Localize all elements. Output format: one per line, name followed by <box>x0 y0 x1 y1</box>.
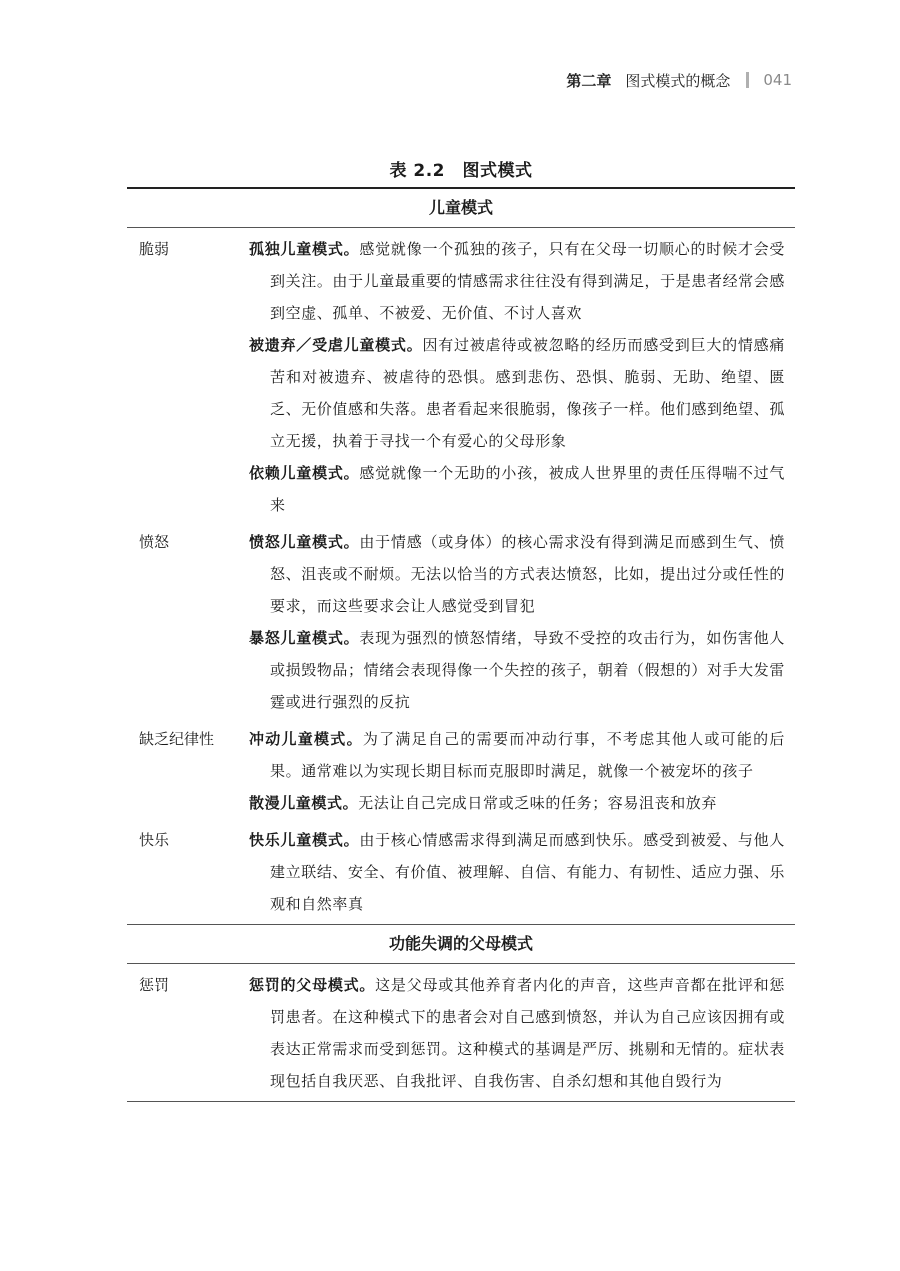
category-label: 缺乏纪律性 <box>127 723 249 819</box>
table-bottom-rule <box>127 1101 795 1102</box>
mode-entry: 暴怒儿童模式。表现为强烈的愤怒情绪，导致不受控的攻击行为，如伤害他人或损毁物品；… <box>249 622 785 718</box>
mode-entry: 惩罚的父母模式。这是父母或其他养育者内化的声音，这些声音都在批评和惩罚患者。在这… <box>249 969 785 1097</box>
table-row: 快乐 快乐儿童模式。由于核心情感需求得到满足而感到快乐。感受到被爱、与他人建立联… <box>127 819 795 924</box>
mode-entry: 冲动儿童模式。为了满足自己的需要而冲动行事，不考虑其他人或可能的后果。通常难以为… <box>249 723 785 787</box>
category-label: 脆弱 <box>127 233 249 521</box>
header-divider <box>746 72 749 88</box>
table-row: 愤怒 愤怒儿童模式。由于情感（或身体）的核心需求没有得到满足而感到生气、愤怒、沮… <box>127 521 795 718</box>
mode-term: 孤独儿童模式。 <box>249 240 359 258</box>
mode-entry: 依赖儿童模式。感觉就像一个无助的小孩，被成人世界里的责任压得喘不过气来 <box>249 457 785 521</box>
mode-term: 散漫儿童模式。 <box>249 794 358 812</box>
mode-term: 愤怒儿童模式。 <box>249 533 359 551</box>
chapter-label: 第二章 <box>566 70 611 91</box>
category-label: 惩罚 <box>127 969 249 1097</box>
schema-modes-table: 儿童模式 脆弱 孤独儿童模式。感觉就像一个孤独的孩子，只有在父母一切顺心的时候才… <box>127 187 795 1102</box>
chapter-title: 图式模式的概念 <box>625 70 730 91</box>
table-row: 缺乏纪律性 冲动儿童模式。为了满足自己的需要而冲动行事，不考虑其他人或可能的后果… <box>127 718 795 819</box>
table-caption: 表 2.2 图式模式 <box>127 156 795 181</box>
section-heading-child-modes: 儿童模式 <box>127 189 795 227</box>
mode-term: 依赖儿童模式。 <box>249 464 359 482</box>
section-heading-parent-modes: 功能失调的父母模式 <box>127 925 795 963</box>
mode-term: 被遗弃／受虐儿童模式。 <box>249 336 422 354</box>
category-label: 快乐 <box>127 824 249 920</box>
mode-entry: 快乐儿童模式。由于核心情感需求得到满足而感到快乐。感受到被爱、与他人建立联结、安… <box>249 824 785 920</box>
category-label: 愤怒 <box>127 526 249 718</box>
page-number: 041 <box>763 71 792 89</box>
mode-entry: 被遗弃／受虐儿童模式。因有过被虐待或被忽略的经历而感受到巨大的情感痛苦和对被遗弃… <box>249 329 785 457</box>
table-row: 脆弱 孤独儿童模式。感觉就像一个孤独的孩子，只有在父母一切顺心的时候才会受到关注… <box>127 228 795 521</box>
running-head: 第二章 图式模式的概念 041 <box>566 68 792 92</box>
mode-term: 快乐儿童模式。 <box>249 831 359 849</box>
mode-description: 无法让自己完成日常或乏味的任务；容易沮丧和放弃 <box>358 794 717 812</box>
table-row: 惩罚 惩罚的父母模式。这是父母或其他养育者内化的声音，这些声音都在批评和惩罚患者… <box>127 964 795 1101</box>
mode-term: 惩罚的父母模式。 <box>249 976 375 994</box>
mode-entry: 孤独儿童模式。感觉就像一个孤独的孩子，只有在父母一切顺心的时候才会受到关注。由于… <box>249 233 785 329</box>
mode-term: 暴怒儿童模式。 <box>249 629 359 647</box>
mode-term: 冲动儿童模式。 <box>249 730 363 748</box>
mode-entry: 愤怒儿童模式。由于情感（或身体）的核心需求没有得到满足而感到生气、愤怒、沮丧或不… <box>249 526 785 622</box>
mode-entry: 散漫儿童模式。无法让自己完成日常或乏味的任务；容易沮丧和放弃 <box>249 787 785 819</box>
